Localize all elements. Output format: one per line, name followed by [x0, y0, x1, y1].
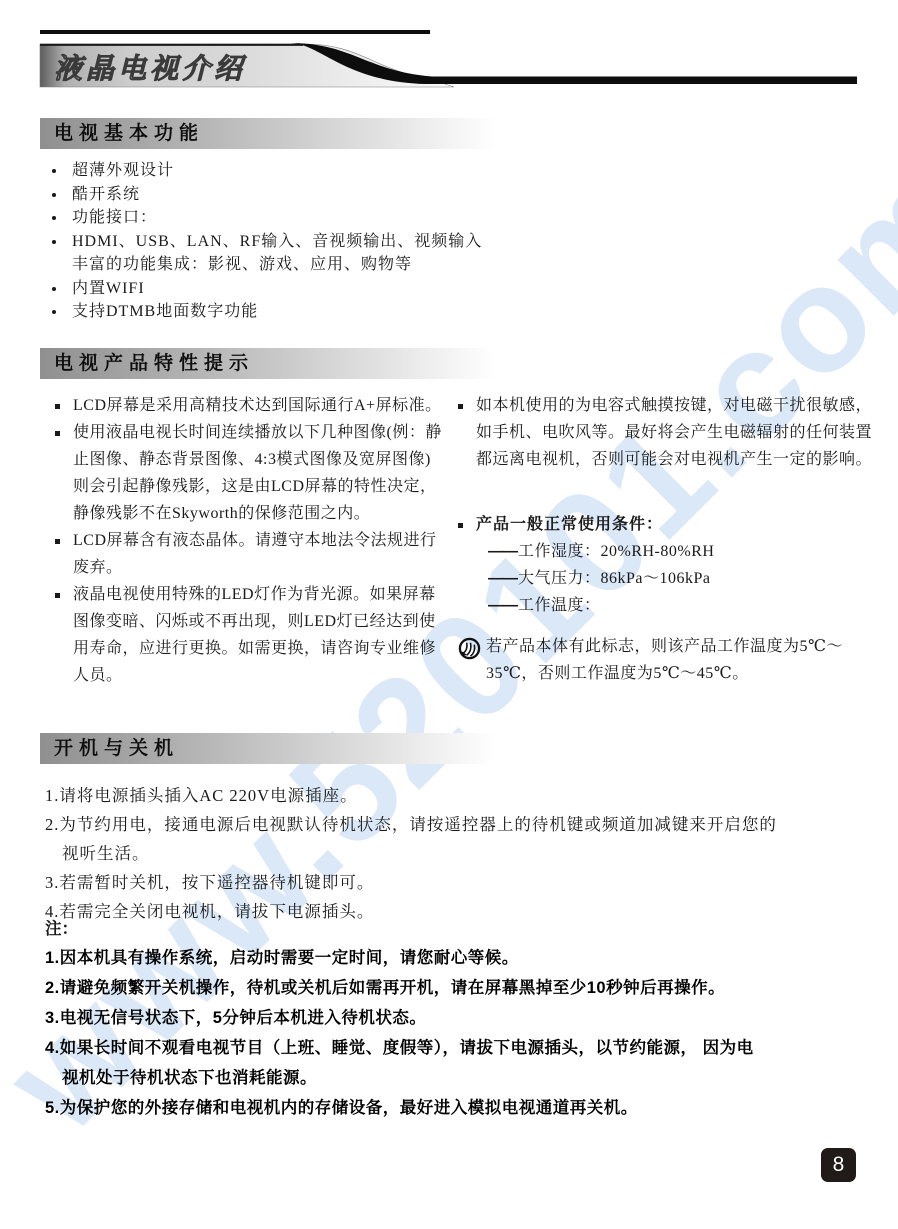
- bullet-dot-icon: [52, 287, 56, 291]
- bullet-square-icon: [458, 404, 463, 409]
- note-item-continuation: 视机处于待机状态下也消耗能源。: [45, 1063, 885, 1093]
- list-item: 支持DTMB地面数字功能: [52, 300, 512, 324]
- notes-list: 1.因本机具有操作系统，启动时需要一定时间，请您耐心等候。 2.请避免频繁开关机…: [45, 943, 885, 1123]
- note-item: 4.如果长时间不观看电视节目（上班、睡觉、度假等），请拔下电源插头，以节约能源，…: [45, 1033, 885, 1063]
- section-title-power-on-off: 开机与关机: [40, 733, 495, 764]
- note-item: 2.请避免频繁开关机操作，待机或关机后如需再开机，请在屏幕黑掉至少10秒钟后再操…: [45, 973, 885, 1003]
- step-item-continuation: 视听生活。: [45, 839, 880, 868]
- page-title: 液晶电视介绍: [54, 53, 247, 84]
- list-item: 超薄外观设计: [52, 159, 512, 183]
- condition-line: ——工作温度：: [458, 592, 873, 619]
- bullet-dot-icon: [52, 310, 56, 314]
- section-title-product-characteristics: 电视产品特性提示: [40, 348, 495, 379]
- bullet-square-icon: [458, 523, 463, 528]
- bullet-square-icon: [55, 593, 60, 598]
- climate-note-row: 若产品本体有此标志，则该产品工作温度为5℃～35℃，否则工作温度为5℃～45℃。: [458, 633, 873, 687]
- section-title-basic-functions: 电视基本功能: [40, 118, 495, 149]
- bullet-dot-icon: [52, 193, 56, 197]
- feature-item: LCD屏幕含有液态晶体。请遵守本地法令法规进行废弃。: [55, 527, 447, 581]
- note-item: 3.电视无信号状态下，5分钟后本机进入待机状态。: [45, 1003, 885, 1033]
- step-item: 2.为节约用电，接通电源后电视默认待机状态，请按遥控器上的待机键或频道加减键来开…: [45, 810, 880, 839]
- list-item: 内置WIFI: [52, 277, 512, 301]
- page-header-banner: 液晶电视介绍: [0, 0, 898, 100]
- page-number-badge: 8: [821, 1148, 856, 1182]
- basic-functions-list: 超薄外观设计 酷开系统 功能接口： HDMI、USB、LAN、RF输入、音视频输…: [52, 159, 512, 324]
- list-item-continuation: 丰富的功能集成：影视、游戏、应用、购物等: [52, 253, 512, 277]
- list-item: HDMI、USB、LAN、RF输入、音视频输出、视频输入: [52, 230, 512, 254]
- bullet-dot-icon: [52, 240, 56, 244]
- power-steps-list: 1.请将电源插头插入AC 220V电源插座。 2.为节约用电，接通电源后电视默认…: [45, 781, 880, 926]
- list-item: 酷开系统: [52, 183, 512, 207]
- feature-item: 使用液晶电视长时间连续播放以下几种图像(例：静止图像、静态背景图像、4:3模式图…: [55, 419, 447, 527]
- bullet-square-icon: [55, 431, 60, 436]
- list-item: 功能接口：: [52, 206, 512, 230]
- climate-note-text: 若产品本体有此标志，则该产品工作温度为5℃～35℃，否则工作温度为5℃～45℃。: [486, 633, 873, 687]
- dash-line: ——: [488, 597, 516, 614]
- normal-use-conditions: 产品一般正常使用条件： ——工作湿度：20%RH-80%RH ——大气压力：86…: [458, 511, 873, 619]
- bullet-square-icon: [55, 539, 60, 544]
- top-rule: [40, 30, 430, 34]
- bullet-square-icon: [55, 404, 60, 409]
- step-item: 1.请将电源插头插入AC 220V电源插座。: [45, 781, 880, 810]
- note-item: 1.因本机具有操作系统，启动时需要一定时间，请您耐心等候。: [45, 943, 885, 973]
- features-right-column: 如本机使用的为电容式触摸按键，对电磁干扰很敏感，如手机、电吹风等。最好将会产生电…: [458, 392, 873, 687]
- condition-line: ——大气压力：86kPa～106kPa: [458, 565, 873, 592]
- step-item: 3.若需暂时关机，按下遥控器待机键即可。: [45, 868, 880, 897]
- notes-label: 注：: [45, 915, 78, 939]
- conditions-title-row: 产品一般正常使用条件：: [458, 511, 873, 538]
- climate-mark-icon: [458, 637, 481, 660]
- bullet-dot-icon: [52, 169, 56, 173]
- manual-page: www.520101.com 液晶电视介绍 电视基本功能 超薄外观设计 酷开系统…: [0, 0, 898, 1229]
- feature-item: LCD屏幕是采用高精技术达到国际通行A+屏标准。: [55, 392, 447, 419]
- conditions-title: 产品一般正常使用条件：: [476, 511, 873, 538]
- feature-item: 液晶电视使用特殊的LED灯作为背光源。如果屏幕图像变暗、闪烁或不再出现，则LED…: [55, 581, 447, 689]
- condition-line: ——工作湿度：20%RH-80%RH: [458, 538, 873, 565]
- feature-item: 如本机使用的为电容式触摸按键，对电磁干扰很敏感，如手机、电吹风等。最好将会产生电…: [458, 392, 873, 473]
- dash-line: ——: [488, 570, 516, 587]
- dash-line: ——: [488, 543, 516, 560]
- step-item: 4.若需完全关闭电视机，请拔下电源插头。: [45, 897, 880, 926]
- note-item: 5.为保护您的外接存储和电视机内的存储设备，最好进入模拟电视通道再关机。: [45, 1093, 885, 1123]
- features-left-column: LCD屏幕是采用高精技术达到国际通行A+屏标准。 使用液晶电视长时间连续播放以下…: [55, 392, 447, 689]
- bullet-dot-icon: [52, 216, 56, 220]
